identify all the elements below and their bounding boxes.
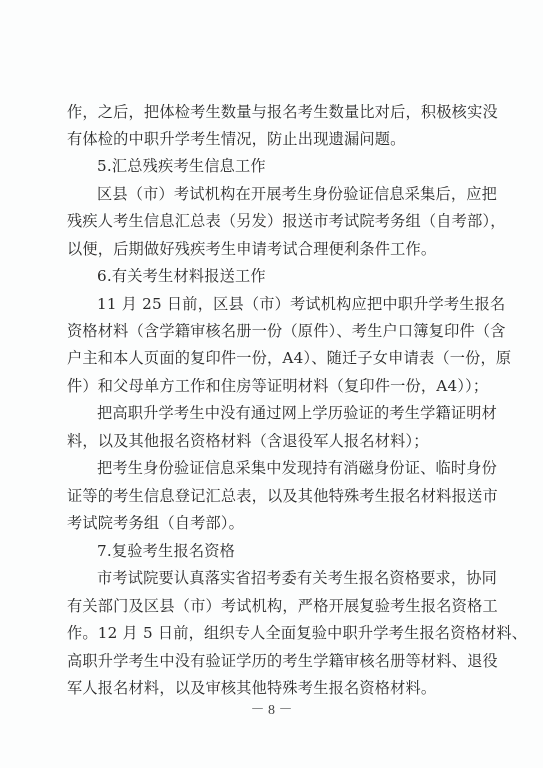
text-line: 户主和本人页面的复印件一份，A4）、随迁子女申请表（一份，原 [67,348,462,368]
paragraph-start: 区县（市）考试机构在开展考生身份验证信息采集后，应把 [97,184,462,204]
section-heading-7: 7.复验考生报名资格 [97,541,492,561]
text-line: 有关部门及区县（市）考试机构，严格开展复验考生报名资格工 [67,596,462,616]
paragraph-start: 把考生身份验证信息采集中发现持有消磁身份证、临时身份 [97,458,462,478]
paragraph-start: 把高职升学考生中没有通过网上学历验证的考生学籍证明材 [97,403,462,423]
section-heading-6: 6.有关考生材料报送工作 [97,266,492,286]
text-line: 作。12 月 5 日前，组织专人全面复验中职升学考生报名资格材料、 [67,623,462,643]
text-line: 残疾人考生信息汇总表（另发）报送市考试院考务组（自考部）， [67,211,462,231]
text-line: 作，之后，把体检考生数量与报名考生数量比对后，积极核实没 [67,102,462,122]
text-line: 料，以及其他报名资格材料（含退役军人报名材料）； [67,431,462,451]
document-page: 作，之后，把体检考生数量与报名考生数量比对后，积极核实没 有体检的中职升学考生情… [0,0,543,768]
text-line: 以便，后期做好残疾考生申请考试合理便利条件工作。 [67,239,462,259]
text-line: 资格材料（含学籍审核名册一份（原件）、考生户口簿复印件（含 [67,321,462,341]
page-number: － 8 － [0,699,543,719]
text-line: 有体检的中职升学考生情况，防止出现遗漏问题。 [67,129,462,149]
text-line: 件）和父母单方工作和住房等证明材料（复印件一份，A4））； [67,376,462,396]
text-line: 考试院考务组（自考部）。 [67,513,462,533]
text-line: 证等的考生信息登记汇总表，以及其他特殊考生报名材料报送市 [67,486,462,506]
paragraph-start: 市考试院要认真落实省招考委有关考生报名资格要求，协同 [97,568,462,588]
text-line: 军人报名材料，以及审核其他特殊考生报名资格材料。 [67,678,462,698]
paragraph-start: 11 月 25 日前，区县（市）考试机构应把中职升学考生报名 [97,294,462,314]
section-heading-5: 5.汇总残疾考生信息工作 [97,156,492,176]
text-line: 高职升学考生中没有验证学历的考生学籍审核名册等材料、退役 [67,651,462,671]
